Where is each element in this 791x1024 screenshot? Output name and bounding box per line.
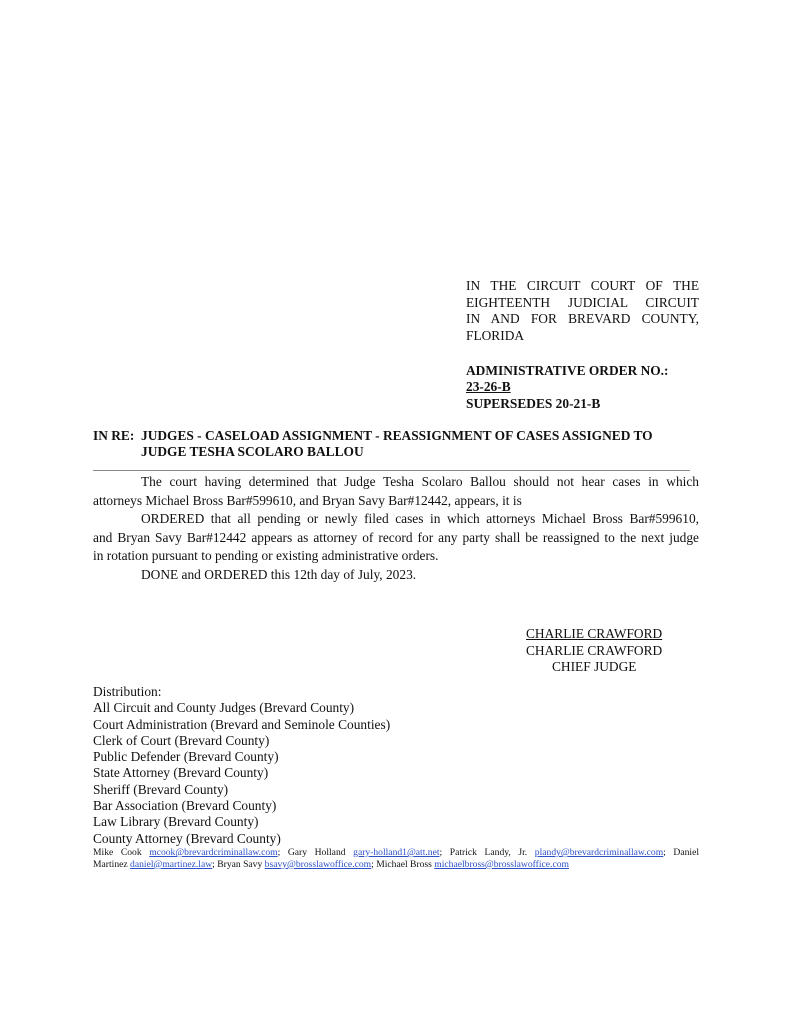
email-link[interactable]: plandy@brevardcriminallaw.com xyxy=(535,847,663,858)
signer-title: CHIEF JUDGE xyxy=(526,659,662,676)
separator: ; xyxy=(440,847,443,858)
order-title: ADMINISTRATIVE ORDER NO.: xyxy=(466,363,706,379)
document-page: IN THE CIRCUIT COURT OF THE EIGHTEENTH J… xyxy=(0,0,791,1024)
paragraph-ordered: ORDERED that all pending or newly filed … xyxy=(93,510,699,566)
contact-name-last: Martinez xyxy=(93,859,128,870)
paragraph-done: DONE and ORDERED this 12th day of July, … xyxy=(93,566,699,585)
in-re-subject: JUDGES - CASELOAD ASSIGNMENT - REASSIGNM… xyxy=(141,428,703,460)
caption-line: FLORIDA xyxy=(466,328,699,345)
in-re-subject-line: JUDGES - CASELOAD ASSIGNMENT - REASSIGNM… xyxy=(141,428,703,444)
distribution-heading: Distribution: xyxy=(93,684,390,700)
order-number: 23-26-B xyxy=(466,379,706,395)
separator: ; xyxy=(212,859,215,870)
body-line: and Bryan Savy Bar#12442 appears as atto… xyxy=(93,529,699,548)
contact-name: Patrick Landy, Jr. xyxy=(450,847,527,858)
contact-name: Mike Cook xyxy=(93,847,142,858)
body-line: attorneys Michael Bross Bar#599610, and … xyxy=(93,492,699,511)
signature-line: CHARLIE CRAWFORD xyxy=(526,626,662,643)
in-re-subject-line: JUDGE TESHA SCOLARO BALLOU xyxy=(141,444,703,460)
caption-line: IN AND FOR BREVARD COUNTY, xyxy=(466,311,699,328)
email-link[interactable]: daniel@martinez.law xyxy=(130,859,212,870)
distribution-item: Bar Association (Brevard County) xyxy=(93,798,390,814)
distribution-item: All Circuit and County Judges (Brevard C… xyxy=(93,700,390,716)
distribution-item: Court Administration (Brevard and Semino… xyxy=(93,717,390,733)
court-caption: IN THE CIRCUIT COURT OF THE EIGHTEENTH J… xyxy=(466,278,699,344)
separator: ; xyxy=(278,847,281,858)
caption-line: IN THE CIRCUIT COURT OF THE xyxy=(466,278,699,295)
distribution-item: Law Library (Brevard County) xyxy=(93,814,390,830)
contact-name: Gary Holland xyxy=(288,847,346,858)
supersedes-note: SUPERSEDES 20-21-B xyxy=(466,396,706,412)
printed-name: CHARLIE CRAWFORD xyxy=(526,643,662,660)
body-line: The court having determined that Judge T… xyxy=(93,473,699,492)
caption-line: EIGHTEENTH JUDICIAL CIRCUIT xyxy=(466,295,699,312)
email-link[interactable]: mcook@brevardcriminallaw.com xyxy=(149,847,277,858)
body-line: DONE and ORDERED this 12th day of July, … xyxy=(93,566,699,585)
in-re-label: IN RE: xyxy=(93,428,134,444)
body-line: in rotation pursuant to pending or exist… xyxy=(93,547,699,566)
contact-name-first: Daniel xyxy=(673,847,699,858)
email-link[interactable]: bsavy@brosslawoffice.com xyxy=(265,859,371,870)
order-body: The court having determined that Judge T… xyxy=(93,473,699,585)
distribution-item: County Attorney (Brevard County) xyxy=(93,831,390,847)
attorney-contacts: Mike Cook mcook@brevardcriminallaw.com; … xyxy=(93,847,699,871)
separator: ; xyxy=(663,847,666,858)
email-link[interactable]: gary-holland1@att.net xyxy=(353,847,439,858)
distribution-item: Sheriff (Brevard County) xyxy=(93,782,390,798)
horizontal-divider xyxy=(93,470,690,471)
distribution-item: Public Defender (Brevard County) xyxy=(93,749,390,765)
body-line: ORDERED that all pending or newly filed … xyxy=(93,510,699,529)
distribution-item: Clerk of Court (Brevard County) xyxy=(93,733,390,749)
contact-name: Bryan Savy xyxy=(217,859,262,870)
contact-name: Michael Bross xyxy=(376,859,432,870)
paragraph-determination: The court having determined that Judge T… xyxy=(93,473,699,510)
order-heading: ADMINISTRATIVE ORDER NO.: 23-26-B SUPERS… xyxy=(466,363,706,412)
separator: ; xyxy=(371,859,374,870)
distribution-item: State Attorney (Brevard County) xyxy=(93,765,390,781)
signature-block: CHARLIE CRAWFORD CHARLIE CRAWFORD CHIEF … xyxy=(526,626,662,676)
contacts-line: Mike Cook mcook@brevardcriminallaw.com; … xyxy=(93,847,699,859)
distribution-list: Distribution: All Circuit and County Jud… xyxy=(93,684,390,847)
contacts-line: Martinez daniel@martinez.law; Bryan Savy… xyxy=(93,859,699,871)
email-link[interactable]: michaelbross@brosslawoffice.com xyxy=(434,859,569,870)
